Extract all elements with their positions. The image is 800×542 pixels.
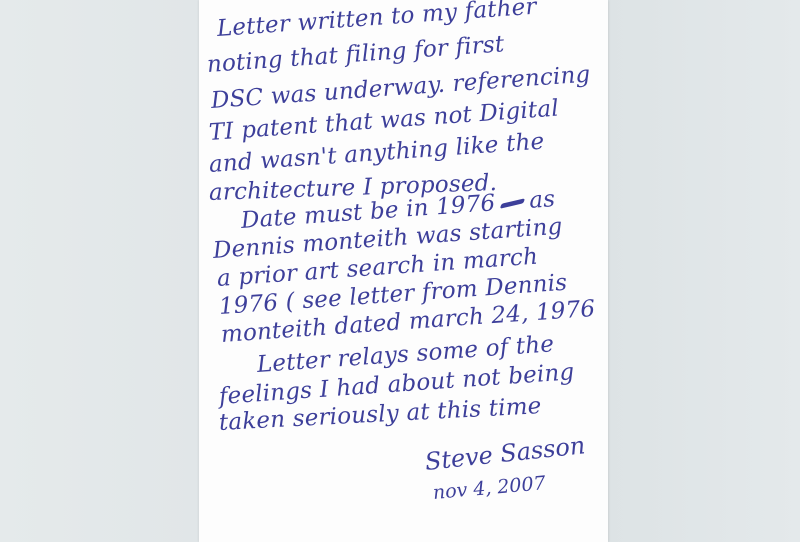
handwritten-letter-page: Letter written to my father noting that … [199, 0, 608, 542]
text-line-cont: as [528, 186, 556, 214]
background-right [608, 0, 800, 542]
signature: Steve Sasson [424, 431, 587, 476]
signature-date: nov 4, 2007 [432, 472, 546, 504]
background-left [0, 0, 199, 542]
crossed-out-mark [500, 198, 525, 209]
